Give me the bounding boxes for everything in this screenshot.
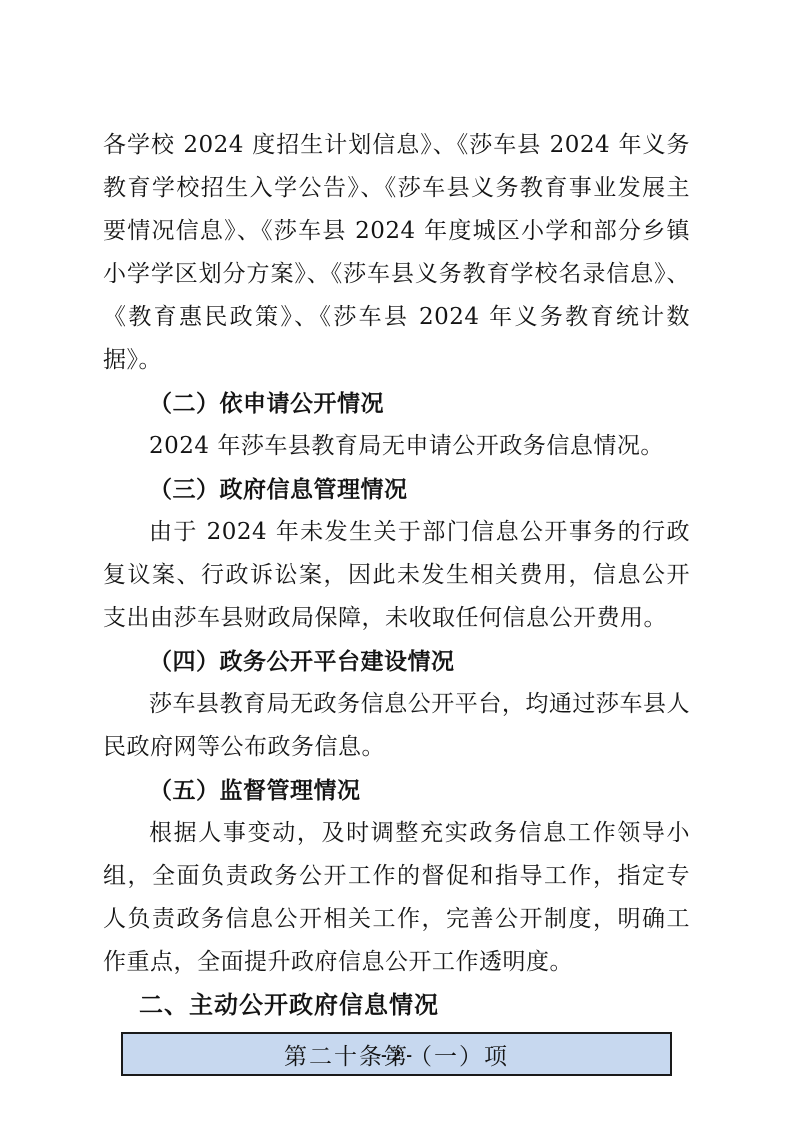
- subsection-heading-3: （三）政府信息管理情况: [103, 468, 690, 511]
- section-heading-2: 二、主动公开政府信息情况: [103, 986, 690, 1026]
- page-number: - 2 -: [0, 1048, 793, 1064]
- body-paragraph: 由于 2024 年未发生关于部门信息公开事务的行政复议案、行政诉讼案，因此未发生…: [103, 511, 690, 640]
- subsection-heading-2: （二）依申请公开情况: [103, 382, 690, 425]
- body-paragraph: 根据人事变动，及时调整充实政务信息工作领导小组，全面负责政务公开工作的督促和指导…: [103, 812, 690, 984]
- body-paragraph: 2024 年莎车县教育局无申请公开政务信息情况。: [103, 425, 690, 468]
- body-paragraph-continued: 各学校 2024 度招生计划信息》、《莎车县 2024 年义务教育学校招生入学公…: [103, 124, 690, 382]
- subsection-heading-5: （五）监督管理情况: [103, 769, 690, 812]
- document-page: 各学校 2024 度招生计划信息》、《莎车县 2024 年义务教育学校招生入学公…: [0, 0, 793, 1122]
- document-content: 各学校 2024 度招生计划信息》、《莎车县 2024 年义务教育学校招生入学公…: [103, 124, 690, 1076]
- body-paragraph: 莎车县教育局无政务信息公开平台，均通过莎车县人民政府网等公布政务信息。: [103, 683, 690, 769]
- subsection-heading-4: （四）政务公开平台建设情况: [103, 640, 690, 683]
